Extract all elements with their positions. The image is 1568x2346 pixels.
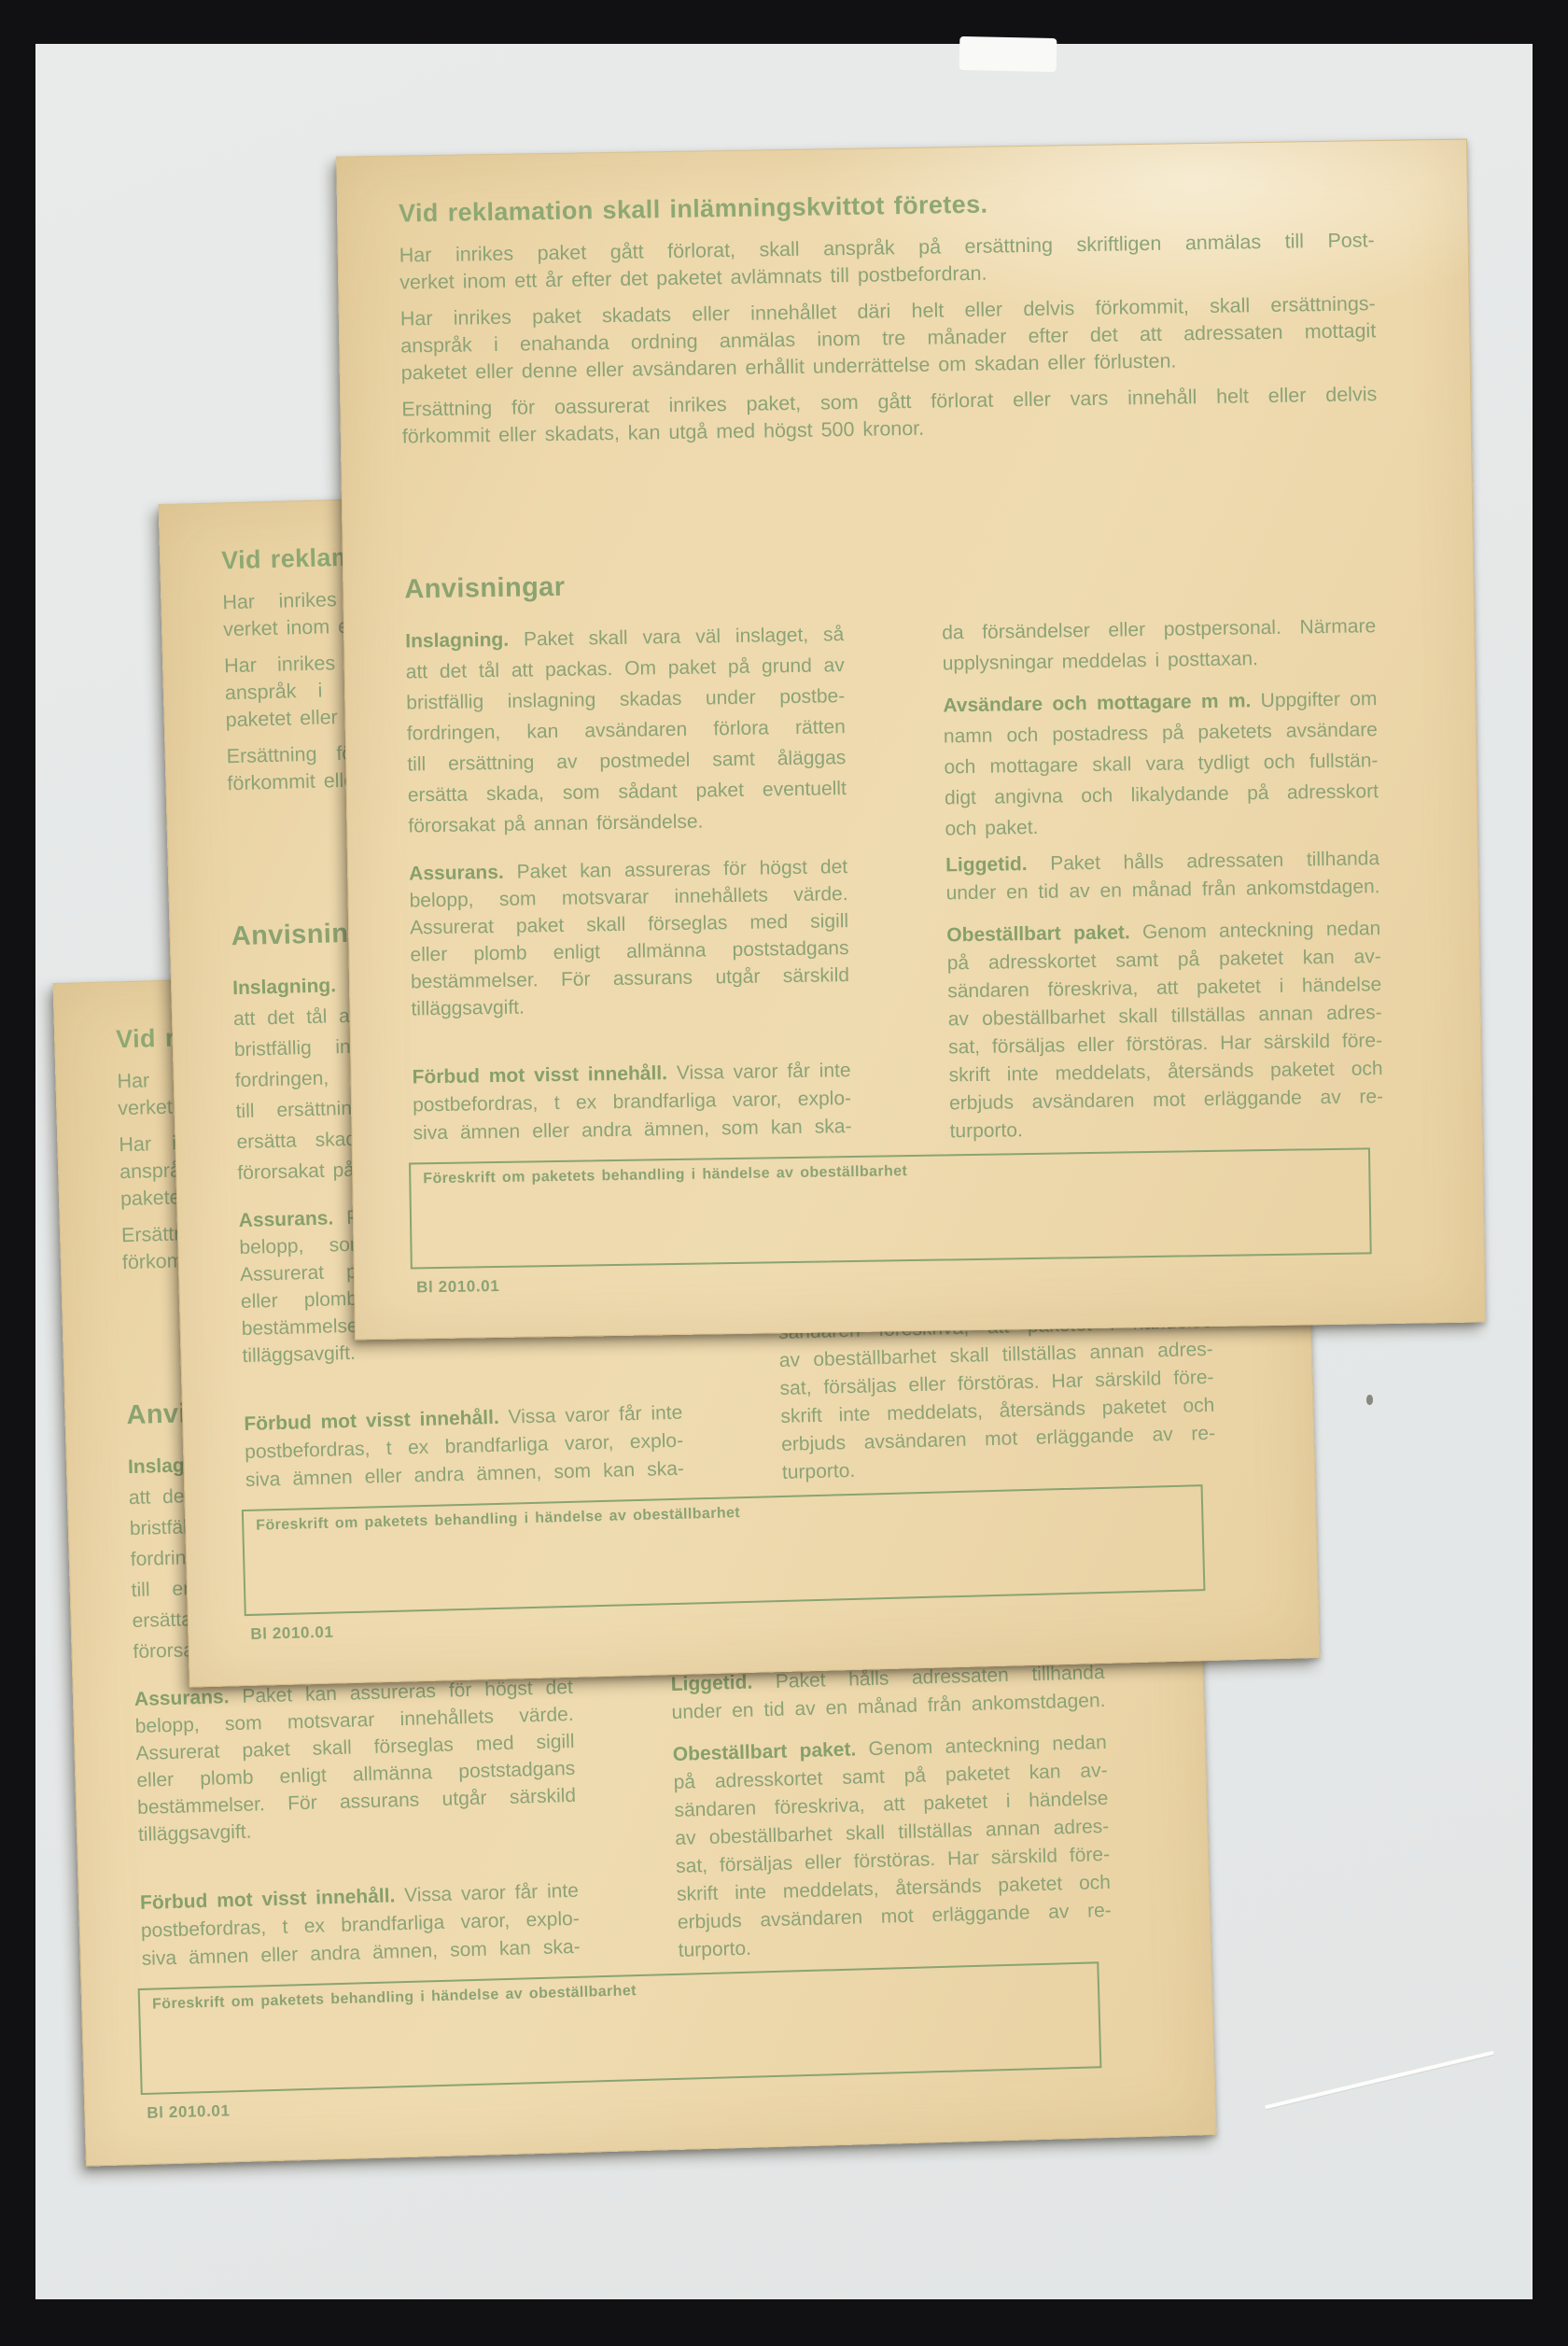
bold-lead: Obeställbart paket. xyxy=(673,1738,857,1764)
text-line: siva ämnen eller andra ämnen, som kan sk… xyxy=(413,1113,851,1147)
prescription-box: Föreskrift om paketets behandling i händ… xyxy=(409,1147,1372,1269)
text-block: Assurans. Paket kan assureras för högst … xyxy=(134,1674,578,1848)
sheet-front: Vid reklamation skall inlämningskvittot … xyxy=(336,139,1486,1341)
prescription-box-label: Föreskrift om paketets behandling i händ… xyxy=(244,1486,1201,1541)
form-number: Bl 2010.01 xyxy=(416,1277,499,1297)
prescription-box-label: Föreskrift om paketets behandling i händ… xyxy=(411,1149,1368,1194)
text-block: da försändelser eller postpersonal. Närm… xyxy=(942,611,1377,679)
prescription-box: Föreskrift om paketets behandling i händ… xyxy=(242,1484,1206,1616)
bold-lead: Avsändare och mottagare m m. xyxy=(943,690,1251,716)
text-block: Liggetid. Paket hålls adressaten tillhan… xyxy=(945,845,1380,907)
text-line: under en tid av en månad från ankomstdag… xyxy=(945,873,1379,907)
text-block: Obeställbart paket. Genom anteckning ned… xyxy=(672,1729,1113,1965)
text-block: Assurans. Paket kan assureras för högst … xyxy=(409,853,850,1022)
dust-speck xyxy=(1366,1395,1373,1405)
text-line: tilläggsavgift. xyxy=(411,989,849,1022)
text-line: upplysningar meddelas i posttaxan. xyxy=(942,641,1376,679)
form-number: Bl 2010.01 xyxy=(147,2101,231,2122)
text-block: Inslagning. Paket skall vara väl inslage… xyxy=(405,619,847,841)
bold-lead: Liggetid. xyxy=(670,1672,752,1695)
intro-section: Har inrikes paket gått förlorat, skall a… xyxy=(399,227,1379,459)
instructions-heading: Anvisningar xyxy=(404,572,565,605)
text-block: Förbud mot visst innehåll. Vissa varor f… xyxy=(140,1877,581,1974)
text-block: Avsändare och mottagare m m. Uppgifter o… xyxy=(943,683,1379,844)
bold-lead: Assurans. xyxy=(409,862,504,885)
instructions-column-left: Inslagning. Paket skall vara väl inslage… xyxy=(405,619,852,1147)
bold-lead: Förbud mot visst innehåll. xyxy=(140,1885,396,1914)
top-edge-white-notch xyxy=(959,36,1057,72)
bold-lead: Assurans. xyxy=(134,1686,230,1710)
instructions-column-right: da försändelser eller postpersonal. Närm… xyxy=(942,611,1384,1145)
text-block: Förbud mot visst innehåll. Vissa varor f… xyxy=(244,1399,684,1495)
bold-lead: Inslagning. xyxy=(405,629,509,653)
bold-lead: Förbud mot visst innehåll. xyxy=(244,1407,499,1435)
bold-lead: Inslagning. xyxy=(232,975,336,999)
text-line: och paket. xyxy=(945,807,1379,844)
intro-paragraph: Har inrikes paket skadats eller innehåll… xyxy=(400,290,1377,386)
bold-lead: Assurans. xyxy=(238,1207,333,1231)
intro-paragraph: Ersättning för oassurerat inrikes paket,… xyxy=(401,381,1378,450)
text-block: Förbud mot visst innehåll. Vissa varor f… xyxy=(412,1057,851,1147)
bold-lead: Liggetid. xyxy=(945,853,1028,876)
intro-paragraph: Har inrikes paket gått förlorat, skall a… xyxy=(399,227,1376,296)
form-title: Vid reklamation skall inlämningskvittot … xyxy=(399,181,1425,229)
bold-lead: Obeställbart paket. xyxy=(946,921,1130,946)
prescription-box-label: Föreskrift om paketets behandling i händ… xyxy=(140,1963,1098,2020)
text-line: turporto. xyxy=(949,1111,1383,1145)
text-block: Obeställbart paket. Genom anteckning ned… xyxy=(946,915,1384,1145)
form-number: Bl 2010.01 xyxy=(250,1623,334,1644)
photo-of-postal-forms: { "photo": { "frame_color": "#111113", "… xyxy=(0,0,1568,2346)
text-line: förorsakat på annan försändelse. xyxy=(408,804,847,841)
bold-lead: Förbud mot visst innehåll. xyxy=(412,1062,667,1088)
prescription-box: Föreskrift om paketets behandling i händ… xyxy=(138,1961,1102,2095)
